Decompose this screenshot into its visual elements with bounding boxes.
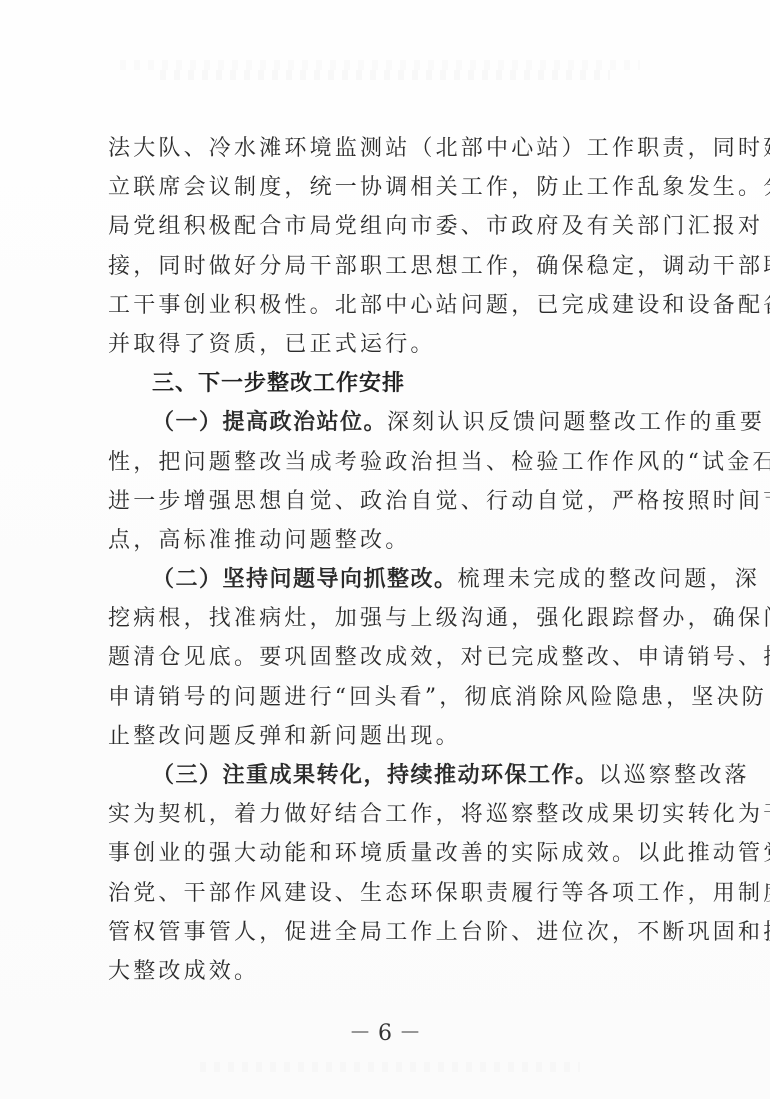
bleed-through-text	[160, 70, 610, 80]
document-page: 法大队、冷水滩环境监测站（北部中心站）工作职责，同时建 立联席会议制度，统一协调…	[0, 0, 770, 1099]
text-line: 进一步增强思想自觉、政治自觉、行动自觉，严格按照时间节	[108, 482, 670, 521]
item-lead: （二）坚持问题导向抓整改。	[152, 567, 458, 592]
item-text: 梳理未完成的整改问题，深	[458, 567, 760, 592]
text-line: 事创业的强大动能和环境质量改善的实际成效。以此推动管党	[108, 834, 670, 873]
item-text: 以巡察整改落	[599, 763, 750, 788]
text-line: 止整改问题反弹和新问题出现。	[108, 717, 670, 756]
text-line: 题清仓见底。要巩固整改成效，对已完成整改、申请销号、拟	[108, 638, 670, 677]
text-line: （三）注重成果转化，持续推动环保工作。以巡察整改落	[108, 756, 670, 795]
text-line: 挖病根，找准病灶，加强与上级沟通，强化跟踪督办，确保问	[108, 599, 670, 638]
text-line: 实为契机，着力做好结合工作，将巡察整改成果切实转化为干	[108, 795, 670, 834]
text-line: 治党、干部作风建设、生态环保职责履行等各项工作，用制度	[108, 874, 670, 913]
paragraph-item-1: （一）提高政治站位。深刻认识反馈问题整改工作的重要 性，把问题整改当成考验政治担…	[108, 403, 670, 560]
text-line: （一）提高政治站位。深刻认识反馈问题整改工作的重要	[108, 403, 670, 442]
text-line: 局党组积极配合市局党组向市委、市政府及有关部门汇报对	[108, 207, 670, 246]
section-heading: 三、下一步整改工作安排	[108, 364, 670, 403]
text-line: 立联席会议制度，统一协调相关工作，防止工作乱象发生。分	[108, 168, 670, 207]
page-number: － 6 －	[0, 1016, 770, 1047]
text-line: 接，同时做好分局干部职工思想工作，确保稳定，调动干部职	[108, 247, 670, 286]
text-line: 管权管事管人，促进全局工作上台阶、进位次，不断巩固和扩	[108, 913, 670, 952]
bleed-through-text	[120, 60, 640, 70]
text-line: 大整改成效。	[108, 952, 670, 991]
paragraph-continuation: 法大队、冷水滩环境监测站（北部中心站）工作职责，同时建 立联席会议制度，统一协调…	[108, 129, 670, 364]
paragraph-item-2: （二）坚持问题导向抓整改。梳理未完成的整改问题，深 挖病根，找准病灶，加强与上级…	[108, 560, 670, 756]
document-body: 法大队、冷水滩环境监测站（北部中心站）工作职责，同时建 立联席会议制度，统一协调…	[108, 129, 670, 991]
text-line: 法大队、冷水滩环境监测站（北部中心站）工作职责，同时建	[108, 129, 670, 168]
text-line: 申请销号的问题进行“回头看”，彻底消除风险隐患，坚决防	[108, 678, 670, 717]
text-line: 工干事创业积极性。北部中心站问题，已完成建设和设备配备，	[108, 286, 670, 325]
item-lead: （一）提高政治站位。	[152, 410, 387, 435]
text-line: 性，把问题整改当成考验政治担当、检验工作作风的“试金石”，	[108, 443, 670, 482]
item-text: 深刻认识反馈问题整改工作的重要	[387, 410, 765, 435]
item-lead: （三）注重成果转化，持续推动环保工作。	[152, 763, 599, 788]
text-line: （二）坚持问题导向抓整改。梳理未完成的整改问题，深	[108, 560, 670, 599]
paragraph-item-3: （三）注重成果转化，持续推动环保工作。以巡察整改落 实为契机，着力做好结合工作，…	[108, 756, 670, 991]
text-line: 点，高标准推动问题整改。	[108, 521, 670, 560]
text-line: 并取得了资质，已正式运行。	[108, 325, 670, 364]
bleed-through-text	[200, 1062, 580, 1072]
